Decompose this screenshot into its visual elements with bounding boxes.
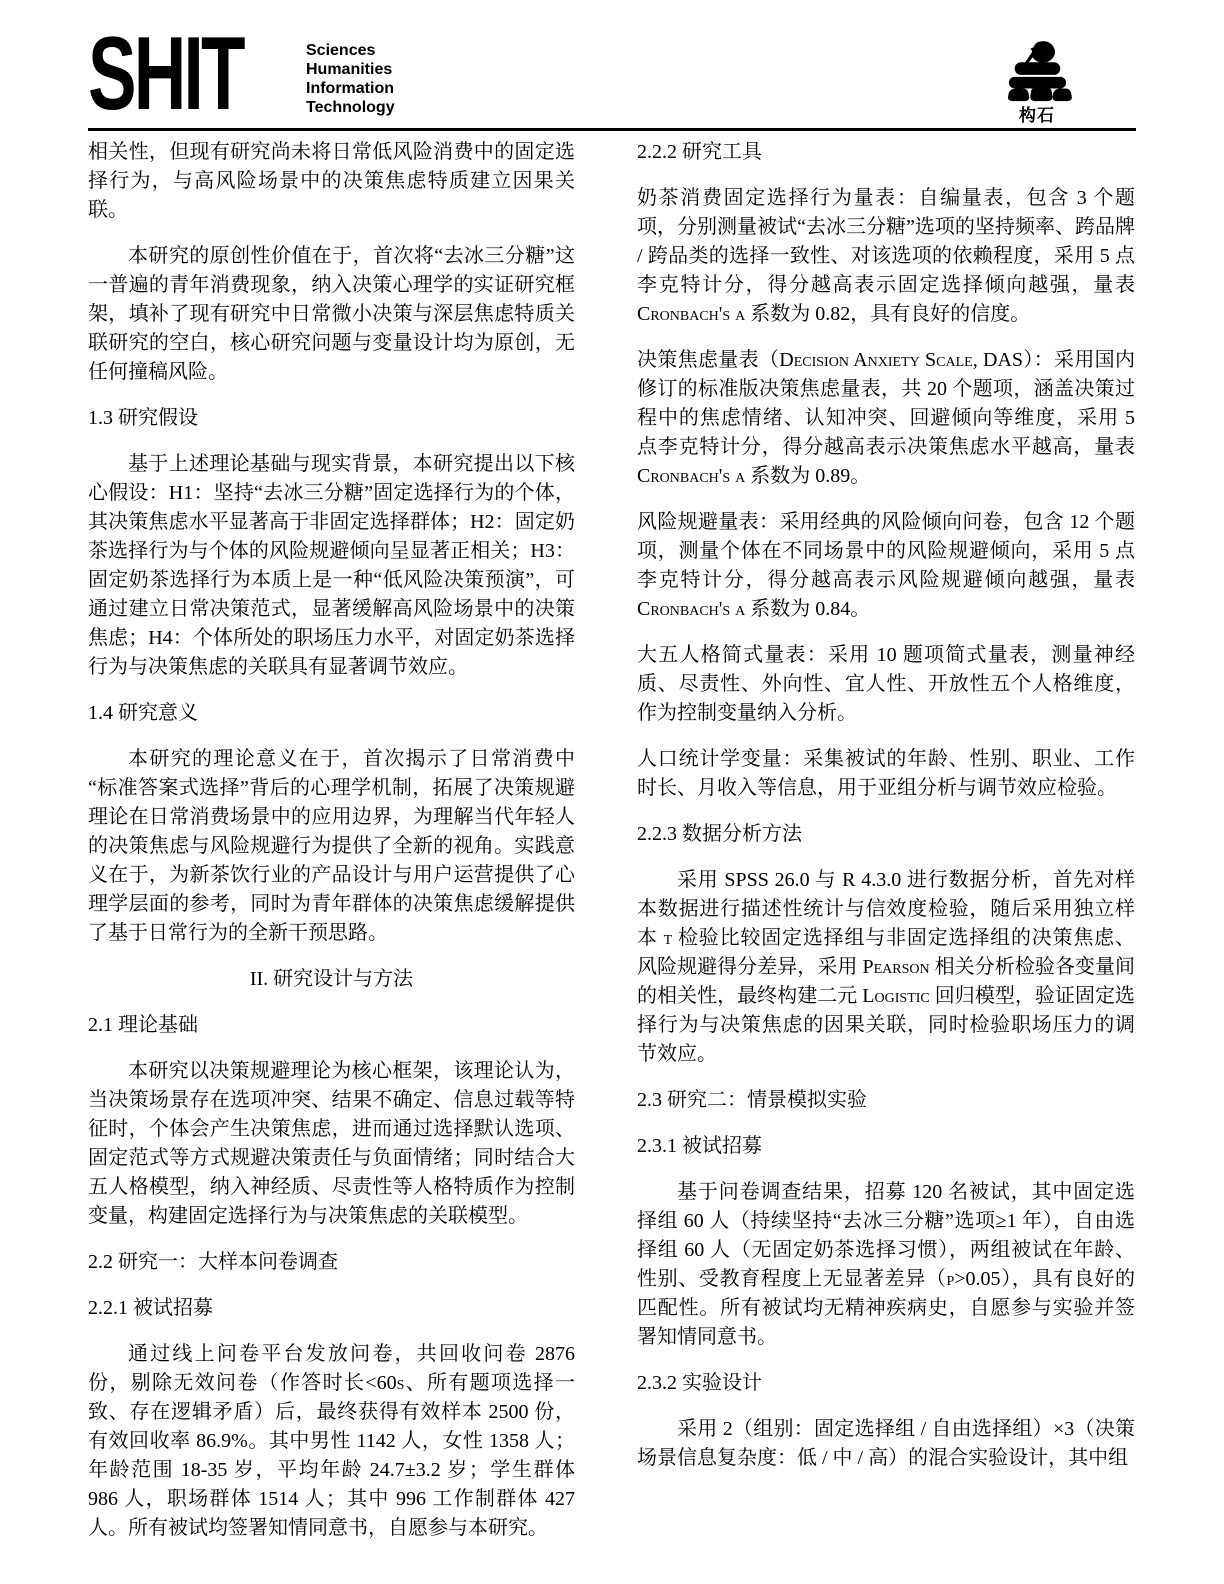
paragraph: 人口统计学变量：采集被试的年龄、性别、职业、工作时长、月收入等信息，用于亚组分析…	[637, 745, 1135, 803]
section-heading: 1.3 研究假设	[88, 404, 575, 433]
paragraph: 通过线上问卷平台发放问卷，共回收问卷 2876 份，剔除无效问卷（作答时长<60…	[88, 1340, 575, 1543]
journal-logo-acronym-box: SHIT	[88, 34, 292, 114]
paragraph: 基于问卷调查结果，招募 120 名被试，其中固定选择组 60 人（持续坚持“去冰…	[637, 1178, 1135, 1352]
paper-page: SHIT Sciences Humanities Information Tec…	[0, 0, 1224, 1584]
publisher-badge: 构石	[1000, 40, 1074, 125]
paragraph: 风险规避量表：采用经典的风险倾向问卷，包含 12 个题项，测量个体在不同场景中的…	[637, 508, 1135, 624]
section-heading: 2.3 研究二：情景模拟实验	[637, 1086, 1135, 1115]
paragraph: 采用 SPSS 26.0 与 R 4.3.0 进行数据分析，首先对样本数据进行描…	[637, 866, 1135, 1069]
paragraph: 奶茶消费固定选择行为量表：自编量表，包含 3 个题项，分别测量被试“去冰三分糖”…	[637, 184, 1135, 329]
rock-pile-icon	[1002, 40, 1072, 104]
journal-name-line: Information	[306, 79, 395, 98]
paragraph: 大五人格简式量表：采用 10 题项简式量表，测量神经质、尽责性、外向性、宜人性、…	[637, 641, 1135, 728]
section-heading: 1.4 研究意义	[88, 699, 575, 728]
paragraph: 本研究的原创性价值在于，首次将“去冰三分糖”这一普遍的青年消费现象，纳入决策心理…	[88, 242, 575, 387]
section-heading: 2.3.2 实验设计	[637, 1369, 1135, 1398]
journal-acronym-text: SHIT	[88, 34, 231, 114]
section-heading: 2.2.1 被试招募	[88, 1294, 575, 1323]
right-column: 2.2.2 研究工具 奶茶消费固定选择行为量表：自编量表，包含 3 个题项，分别…	[637, 138, 1135, 1490]
paragraph: 决策焦虑量表（Decision Anxiety Scale, DAS）：采用国内…	[637, 346, 1135, 491]
paragraph: 采用 2（组别：固定选择组 / 自由选择组）×3（决策场景信息复杂度：低 / 中…	[637, 1415, 1135, 1473]
header-divider	[88, 128, 1136, 131]
section-heading: 2.2.3 数据分析方法	[637, 820, 1135, 849]
left-column: 相关性，但现有研究尚未将日常低风险消费中的固定选择行为，与高风险场景中的决策焦虑…	[88, 138, 575, 1560]
journal-name-line: Sciences	[306, 41, 395, 60]
section-heading: 2.1 理论基础	[88, 1011, 575, 1040]
paragraph: 本研究以决策规避理论为核心框架，该理论认为，当决策场景存在选项冲突、结果不确定、…	[88, 1057, 575, 1231]
journal-masthead: SHIT Sciences Humanities Information Tec…	[88, 34, 1136, 117]
publisher-badge-label: 构石	[1019, 106, 1055, 125]
paragraph: 基于上述理论基础与现实背景，本研究提出以下核心假设：H1：坚持“去冰三分糖”固定…	[88, 450, 575, 682]
journal-logo: SHIT Sciences Humanities Information Tec…	[88, 34, 395, 117]
section-heading: 2.2 研究一：大样本问卷调查	[88, 1248, 575, 1277]
journal-name-line: Technology	[306, 98, 395, 117]
paragraph: 相关性，但现有研究尚未将日常低风险消费中的固定选择行为，与高风险场景中的决策焦虑…	[88, 138, 575, 225]
paragraph: 本研究的理论意义在于，首次揭示了日常消费中“标准答案式选择”背后的心理学机制，拓…	[88, 745, 575, 948]
chapter-heading: II. 研究设计与方法	[88, 965, 575, 994]
section-heading: 2.2.2 研究工具	[637, 138, 1135, 167]
journal-full-name: Sciences Humanities Information Technolo…	[292, 34, 395, 117]
section-heading: 2.3.1 被试招募	[637, 1132, 1135, 1161]
journal-name-line: Humanities	[306, 60, 395, 79]
